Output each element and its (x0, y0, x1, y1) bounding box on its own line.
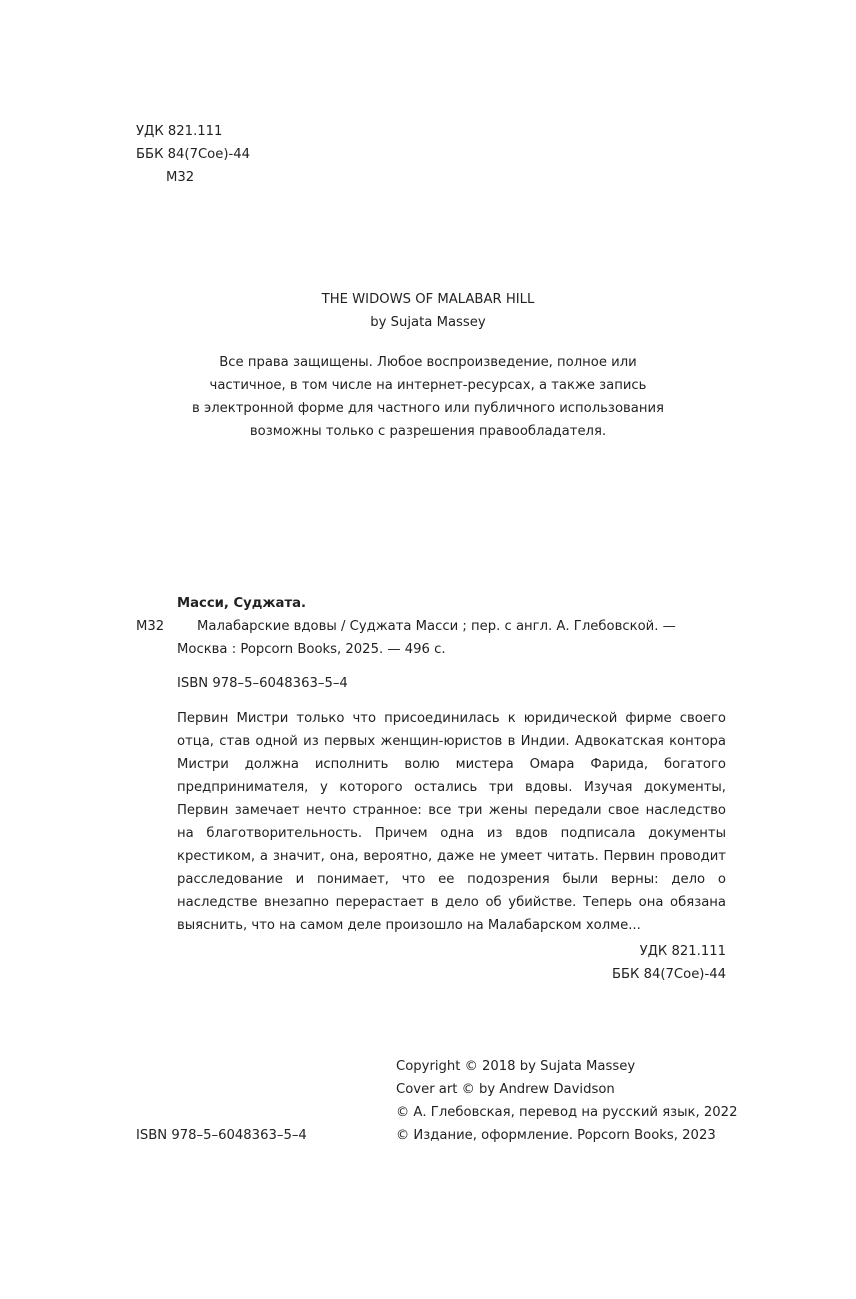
copyright-line: Cover art © by Andrew Davidson (396, 1078, 737, 1101)
classification-codes-header: УДК 821.111 ББК 84(7Сое)-44 М32 (136, 120, 250, 189)
rights-line: в электронной форме для частного или пуб… (0, 397, 856, 420)
copyright-line: © Издание, оформление. Popcorn Books, 20… (396, 1124, 737, 1147)
catalog-classification-codes: УДК 821.111 ББК 84(7Сое)-44 (0, 940, 726, 986)
original-title: THE WIDOWS OF MALABAR HILL (0, 288, 856, 311)
udk-code: УДК 821.111 (136, 120, 250, 143)
original-author: by Sujata Massey (0, 311, 856, 334)
rights-line: частичное, в том числе на интернет-ресур… (0, 374, 856, 397)
copyright-line: © А. Глебовская, перевод на русский язык… (396, 1101, 737, 1124)
catalog-author-heading: Масси, Суджата. (177, 592, 306, 615)
catalog-isbn: ISBN 978–5–6048363–5–4 (177, 672, 348, 695)
rights-line: возможны только с разрешения правооблада… (0, 420, 856, 443)
rights-line: Все права защищены. Любое воспроизведени… (0, 351, 856, 374)
bbk-code: ББК 84(7Сое)-44 (136, 143, 250, 166)
original-title-block: THE WIDOWS OF MALABAR HILL by Sujata Mas… (0, 288, 856, 334)
bibliographic-description: Малабарские вдовы / Суджата Масси ; пер.… (177, 615, 726, 661)
catalog-bbk: ББК 84(7Сое)-44 (0, 963, 726, 986)
bottom-isbn: ISBN 978–5–6048363–5–4 (136, 1124, 307, 1147)
catalog-author-mark: М32 (136, 615, 164, 638)
copyright-block: Copyright © 2018 by Sujata Massey Cover … (396, 1055, 737, 1147)
book-annotation: Первин Мистри только что присоединилась … (177, 707, 726, 937)
rights-notice: Все права защищены. Любое воспроизведени… (0, 351, 856, 443)
copyright-line: Copyright © 2018 by Sujata Massey (396, 1055, 737, 1078)
catalog-udk: УДК 821.111 (0, 940, 726, 963)
author-mark: М32 (136, 166, 250, 189)
